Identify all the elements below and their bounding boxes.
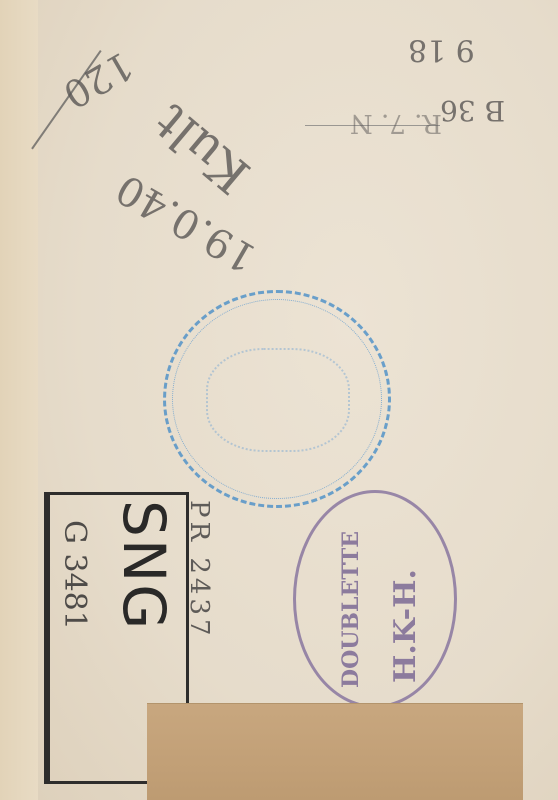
pencil-number-top-right: 9 18 — [408, 32, 475, 67]
blue-stamp-emblem — [206, 348, 350, 452]
paper-left-edge — [0, 0, 38, 800]
reference-number: PR 2437 — [184, 500, 214, 640]
pencil-b-number: B 36 — [440, 94, 505, 127]
sng-title: SNG — [110, 500, 178, 631]
stamp-initials-text: H.K-H. — [388, 569, 423, 683]
brown-tape — [147, 703, 523, 800]
pencil-signature: R. 7. N — [350, 108, 442, 138]
blue-round-stamp — [163, 290, 391, 508]
purple-oval-stamp: DOUBLETTE H.K-H. — [293, 490, 457, 708]
sng-number: G 3481 — [57, 520, 92, 630]
stamp-doublette-text: DOUBLETTE — [338, 531, 364, 688]
